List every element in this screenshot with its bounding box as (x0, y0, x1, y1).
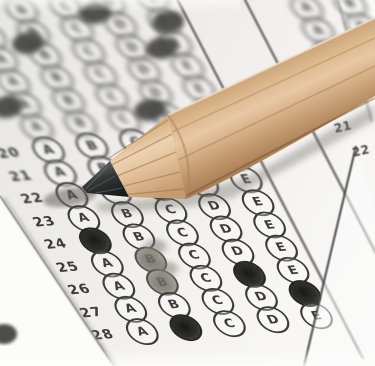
bubble-letter: D (241, 268, 258, 281)
bubble-letter: B (119, 208, 135, 220)
bubble-letter: E (250, 196, 265, 208)
bubble-letter: B (366, 43, 375, 55)
bubble-letter: B (37, 49, 53, 61)
bubble-letter: C (81, 45, 96, 57)
bubble-letter: E (297, 287, 312, 299)
bubble-letter: B (131, 231, 147, 243)
bubble-letter: D (136, 64, 153, 77)
bubble-letter: D (253, 291, 270, 304)
bubble-letter: E (180, 60, 195, 72)
bubble-letter: A (87, 235, 103, 247)
bubble-letter: B (84, 140, 100, 152)
bubble-letter: C (163, 204, 178, 216)
question-number: 28 (64, 327, 117, 345)
bubble-letter: B (49, 72, 65, 84)
bubble-letter: C (104, 91, 119, 103)
bubble-letter: C (198, 272, 213, 284)
bubble-letter: D (147, 87, 164, 100)
bubble-letter: C (93, 68, 108, 80)
bubble-letter: D (206, 200, 223, 213)
bubble-letter: E (286, 264, 301, 276)
bubble-letter: B (61, 94, 77, 106)
bubble-letter: A (111, 280, 127, 292)
bubble-letter: A (5, 76, 21, 88)
bubble-letter: E (309, 310, 324, 322)
bubble-letter: E (204, 105, 219, 117)
bubble-letter: A (322, 47, 338, 59)
bubble-letter: A (0, 53, 10, 65)
bubble-letter: A (76, 212, 92, 224)
bubble-letter: C (175, 227, 190, 239)
question-number (0, 130, 8, 134)
bubble-letter: C (116, 113, 131, 125)
bubble-letter: A (299, 2, 315, 14)
bubble-letter: A (123, 303, 139, 315)
bubble-letter: A (134, 325, 150, 337)
bubble-letter: E (227, 151, 242, 163)
bubble-letter: D (171, 132, 188, 145)
bubble-letter: E (192, 83, 207, 95)
bubble-letter: B (143, 253, 159, 265)
bubble-letter: B (166, 299, 182, 311)
question-number: 26 (41, 282, 94, 300)
bubble-letter: A (40, 144, 56, 156)
bubble-letter: D (265, 313, 282, 326)
bubble-letter: C (210, 295, 225, 307)
bubble-letter: A (310, 24, 326, 36)
bubble-letter: B (108, 185, 124, 197)
question-number: 22 (0, 191, 47, 209)
bubble-letter: B (178, 321, 194, 333)
bubble-letter: E (262, 219, 277, 231)
question-number: 23 (6, 214, 59, 232)
bubble-letter: D (194, 177, 211, 190)
bubble-letter: D (112, 18, 129, 31)
bubble-letter: A (99, 257, 115, 269)
answer-bubble-c: C (208, 309, 252, 338)
bubble-letter: E (274, 242, 289, 254)
bubble-letter: C (140, 159, 155, 171)
answer-bubble-a: A (121, 317, 164, 346)
bubble-letter: E (215, 128, 230, 140)
bubble-letter: C (186, 249, 201, 261)
bubble-letter: A (52, 167, 68, 179)
question-number: 27 (53, 304, 106, 322)
bubble-letter: B (342, 0, 358, 10)
answer-bubble-a: A (308, 38, 352, 67)
bubble-letter: A (29, 121, 45, 133)
bubble-letter: D (124, 41, 141, 54)
question-number: 25 (29, 259, 82, 277)
bottom-fade (0, 348, 375, 366)
bubble-letter: C (128, 136, 143, 148)
bubble-letter: E (239, 173, 254, 185)
bubble-letter: B (154, 276, 170, 288)
top-fade (0, 0, 240, 12)
bubble-letter: A (64, 189, 80, 201)
bubble-letter: C (69, 22, 84, 34)
scantron-photo: ABCDEABCDEABCDEABCDEABCDEABCDE20ABCDE21A… (0, 0, 375, 366)
bubble-letter: B (96, 163, 112, 175)
bubble-letter: C (222, 317, 237, 329)
bubble-letter: C (151, 181, 166, 193)
bubble-letter: D (183, 155, 200, 168)
bubble-letter: B (354, 20, 370, 32)
bubble-letter: D (229, 245, 246, 258)
question-number: 24 (17, 236, 70, 254)
answer-bubble-b: B (352, 35, 375, 64)
bubble-letter: D (218, 223, 235, 236)
bubble-letter: B (72, 117, 88, 129)
answer-bubble-d: D (251, 305, 295, 334)
filled-answer-bubble-b: B (164, 313, 208, 342)
